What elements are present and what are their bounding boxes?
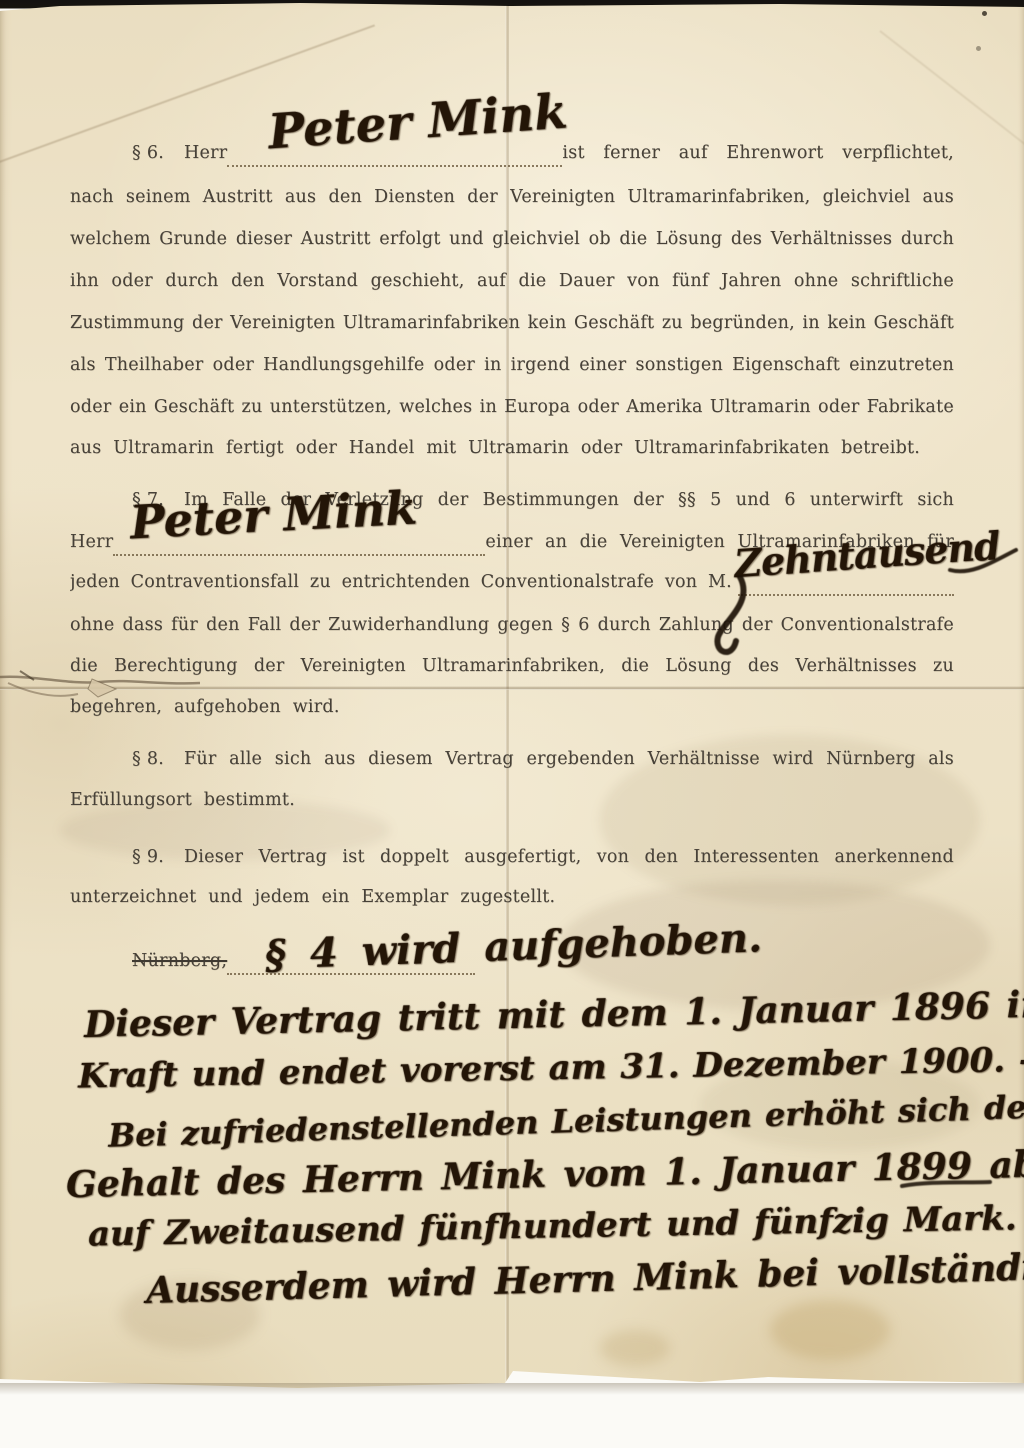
section6-line7: oder ein Geschäft zu unterstützen, welch… (70, 386, 954, 428)
section6-line3: welchem Grunde dieser Austritt erfolgt u… (70, 218, 954, 260)
section6-line5: Zustimmung der Vereinigten Ultramarinfab… (70, 302, 954, 344)
section7-line4: ohne dass für den Fall der Zuwiderhandlu… (70, 604, 954, 646)
section8-marker: § 8. (132, 738, 164, 780)
paper-speck (982, 11, 987, 16)
section6-marker: § 6. (132, 132, 164, 174)
section6-line2: nach seinem Austritt aus den Diensten de… (70, 176, 954, 218)
scanned-contract-page: § 6. Herr ist ferner auf Ehrenwort verpf… (0, 0, 1024, 1448)
paper-bottom-edge-shadow (0, 1383, 1024, 1395)
handwritten-note-line4: Gehalt des Herrn Mink vom 1. Januar 1899… (66, 1144, 1024, 1206)
section6-line1-text: ist ferner auf Ehrenwort verpflichtet, (562, 132, 954, 174)
section8-line1: § 8. Für alle sich aus diesem Vertrag er… (70, 738, 954, 780)
section7-line2-lead: Herr (70, 521, 113, 563)
handwritten-note-line6: Ausserdem wird Herrn Mink bei vollständi… (146, 1246, 1024, 1312)
handwritten-note-line3: Bei zufriedenstellenden Leistungen erhöh… (108, 1087, 1024, 1154)
section9-line1-text: Dieser Vertrag ist doppelt ausgefertigt,… (184, 836, 954, 878)
section9-line1: § 9. Dieser Vertrag ist doppelt ausgefer… (70, 836, 954, 878)
handwritten-note-line1: Dieser Vertrag tritt mit dem 1. Januar 1… (84, 984, 1024, 1046)
paper-sheet: § 6. Herr ist ferner auf Ehrenwort verpf… (0, 0, 1024, 1448)
handwritten-note-line2: Kraft und endet vorerst am 31. Dezember … (78, 1039, 1024, 1096)
paper-stain (600, 1330, 670, 1366)
ink-flourish-descender (706, 575, 760, 667)
ink-flourish-tail (948, 546, 1020, 580)
handwritten-note-line5: auf Zweitausend fünfhundert und fünfzig … (88, 1197, 1024, 1254)
section6-lead: Herr (184, 132, 227, 174)
paper-speck (976, 46, 981, 51)
ink-flourish-dash (900, 1176, 992, 1192)
section8-line2: Erfüllungsort bestimmt. (70, 779, 954, 821)
section7-line6: begehren, aufgehoben wird. (70, 686, 954, 728)
section6-line6: als Theilhaber oder Handlungsgehilfe ode… (70, 344, 954, 386)
section7-line5: die Berechtigung der Vereinigten Ultrama… (70, 645, 954, 687)
paper-stain (770, 1300, 890, 1360)
section6-line4: ihn oder durch den Vorstand geschieht, a… (70, 260, 954, 302)
section9-marker: § 9. (132, 836, 164, 878)
section8-line1-text: Für alle sich aus diesem Vertrag ergeben… (184, 738, 954, 780)
place-name-struck: Nürnberg, (132, 940, 227, 982)
section7-line3-text: jeden Contraventionsfall zu entrichtende… (70, 561, 732, 603)
section9-line2: unterzeichnet und jedem ein Exemplar zug… (70, 876, 954, 918)
section6-line8: aus Ultramarin fertigt oder Handel mit U… (70, 427, 954, 469)
